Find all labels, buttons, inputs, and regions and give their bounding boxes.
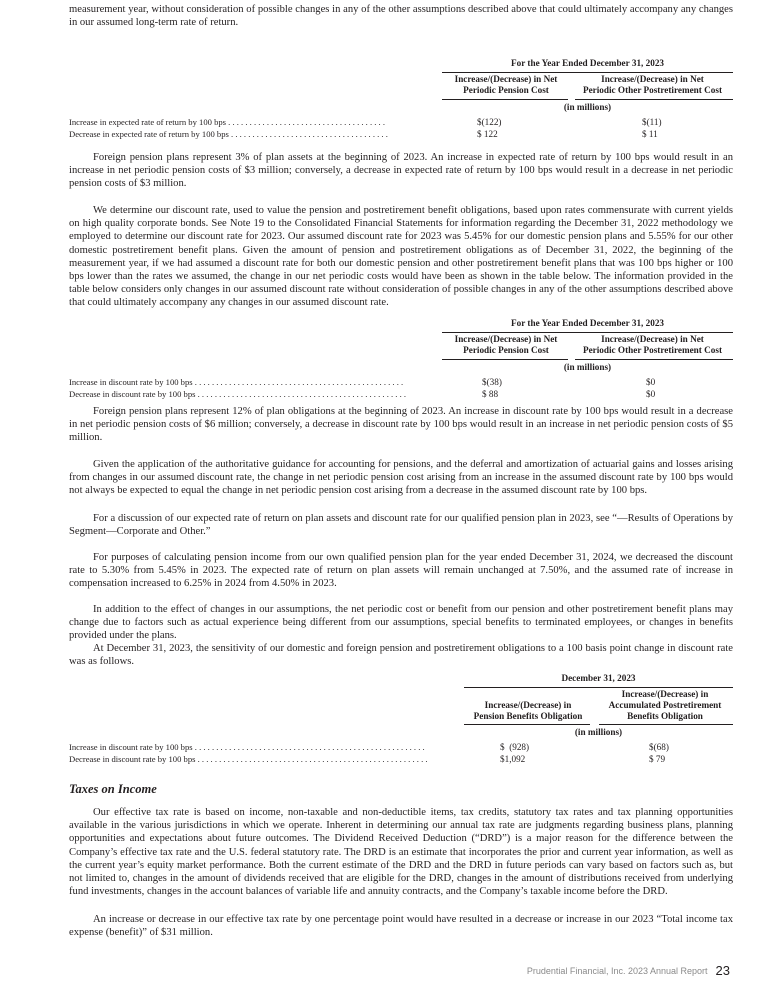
paragraph: At December 31, 2023, the sensitivity of… xyxy=(69,642,733,668)
paragraph: An increase or decrease in our effective… xyxy=(69,913,733,939)
row-value-pension: $(38) xyxy=(482,377,502,387)
row-value-pension-obligation: $1,092 xyxy=(500,754,525,764)
table-row: Increase in discount rate by 100 bps . .… xyxy=(69,377,733,389)
paragraph: For purposes of calculating pension inco… xyxy=(69,551,733,591)
paragraph-block: For a discussion of our expected rate of… xyxy=(69,512,733,538)
paragraph: We determine our discount rate, used to … xyxy=(69,204,733,310)
row-value-pension: $ 122 xyxy=(477,129,498,139)
row-value-postretirement-obligation: $(68) xyxy=(649,742,669,752)
paragraph-block: For purposes of calculating pension inco… xyxy=(69,551,733,591)
table-title: For the Year Ended December 31, 2023 xyxy=(442,58,733,68)
column-header-postretirement-obligation: Increase/(Decrease) in Accumulated Postr… xyxy=(597,689,733,722)
table-title: December 31, 2023 xyxy=(464,673,733,683)
row-value-postretirement: $0 xyxy=(646,389,655,399)
table-rule xyxy=(464,724,590,725)
row-value-postretirement: $ 11 xyxy=(642,129,658,139)
paragraph: Given the application of the authoritati… xyxy=(69,458,733,498)
paragraph-block: Foreign pension plans represent 3% of pl… xyxy=(69,151,733,191)
paragraph-block: Foreign pension plans represent 12% of p… xyxy=(69,405,733,445)
paragraph: For a discussion of our expected rate of… xyxy=(69,512,733,538)
page-footer: Prudential Financial, Inc. 2023 Annual R… xyxy=(527,962,730,980)
table-rule xyxy=(442,72,733,73)
row-label: Decrease in discount rate by 100 bps . .… xyxy=(69,754,453,764)
paragraph: Our effective tax rate is based on incom… xyxy=(69,806,733,898)
paragraph-block: Our effective tax rate is based on incom… xyxy=(69,806,733,898)
table-rule xyxy=(442,99,568,100)
paragraph-block: We determine our discount rate, used to … xyxy=(69,204,733,310)
table-rule xyxy=(442,359,568,360)
row-value-postretirement-obligation: $ 79 xyxy=(649,754,665,764)
footer-text: Prudential Financial, Inc. 2023 Annual R… xyxy=(527,966,708,976)
table-row: Increase in discount rate by 100 bps . .… xyxy=(69,742,733,754)
paragraph-block: An increase or decrease in our effective… xyxy=(69,913,733,939)
table-row: Decrease in discount rate by 100 bps . .… xyxy=(69,754,733,766)
column-header-postretirement: Increase/(Decrease) in Net Periodic Othe… xyxy=(572,334,733,356)
row-value-pension-obligation: $ (928) xyxy=(500,742,529,752)
row-value-pension: $(122) xyxy=(477,117,502,127)
units-label: (in millions) xyxy=(442,362,733,372)
paragraph-block: In addition to the effect of changes in … xyxy=(69,603,733,643)
paragraph-block: At December 31, 2023, the sensitivity of… xyxy=(69,642,733,668)
row-value-postretirement: $0 xyxy=(646,377,655,387)
column-header-pension: Increase/(Decrease) in Net Periodic Pens… xyxy=(442,334,570,356)
row-label: Increase in discount rate by 100 bps . .… xyxy=(69,742,453,752)
row-label: Increase in expected rate of return by 1… xyxy=(69,117,431,127)
units-label: (in millions) xyxy=(442,102,733,112)
row-value-postretirement: $(11) xyxy=(642,117,662,127)
paragraph: measurement year, without consideration … xyxy=(69,3,733,29)
units-label: (in millions) xyxy=(464,727,733,737)
table-row: Increase in expected rate of return by 1… xyxy=(69,117,733,129)
table-title: For the Year Ended December 31, 2023 xyxy=(442,318,733,328)
table-rule xyxy=(464,687,733,688)
paragraph-block: Given the application of the authoritati… xyxy=(69,458,733,498)
table-rule xyxy=(575,359,733,360)
table-rule xyxy=(599,724,733,725)
table-rule xyxy=(442,332,733,333)
column-header-pension: Increase/(Decrease) in Net Periodic Pens… xyxy=(442,74,570,96)
row-label: Increase in discount rate by 100 bps . .… xyxy=(69,377,431,387)
row-label: Decrease in expected rate of return by 1… xyxy=(69,129,431,139)
table-row: Decrease in expected rate of return by 1… xyxy=(69,129,733,141)
paragraph: Foreign pension plans represent 12% of p… xyxy=(69,405,733,445)
paragraph: In addition to the effect of changes in … xyxy=(69,603,733,643)
column-header-pension-obligation: Increase/(Decrease) in Pension Benefits … xyxy=(464,700,592,722)
row-value-pension: $ 88 xyxy=(482,389,498,399)
paragraph-block: measurement year, without consideration … xyxy=(69,3,733,29)
paragraph: Foreign pension plans represent 3% of pl… xyxy=(69,151,733,191)
table-rule xyxy=(575,99,733,100)
column-header-postretirement: Increase/(Decrease) in Net Periodic Othe… xyxy=(572,74,733,96)
section-heading: Taxes on Income xyxy=(69,782,157,797)
table-row: Decrease in discount rate by 100 bps . .… xyxy=(69,389,733,401)
row-label: Decrease in discount rate by 100 bps . .… xyxy=(69,389,431,399)
page-number: 23 xyxy=(716,963,730,978)
